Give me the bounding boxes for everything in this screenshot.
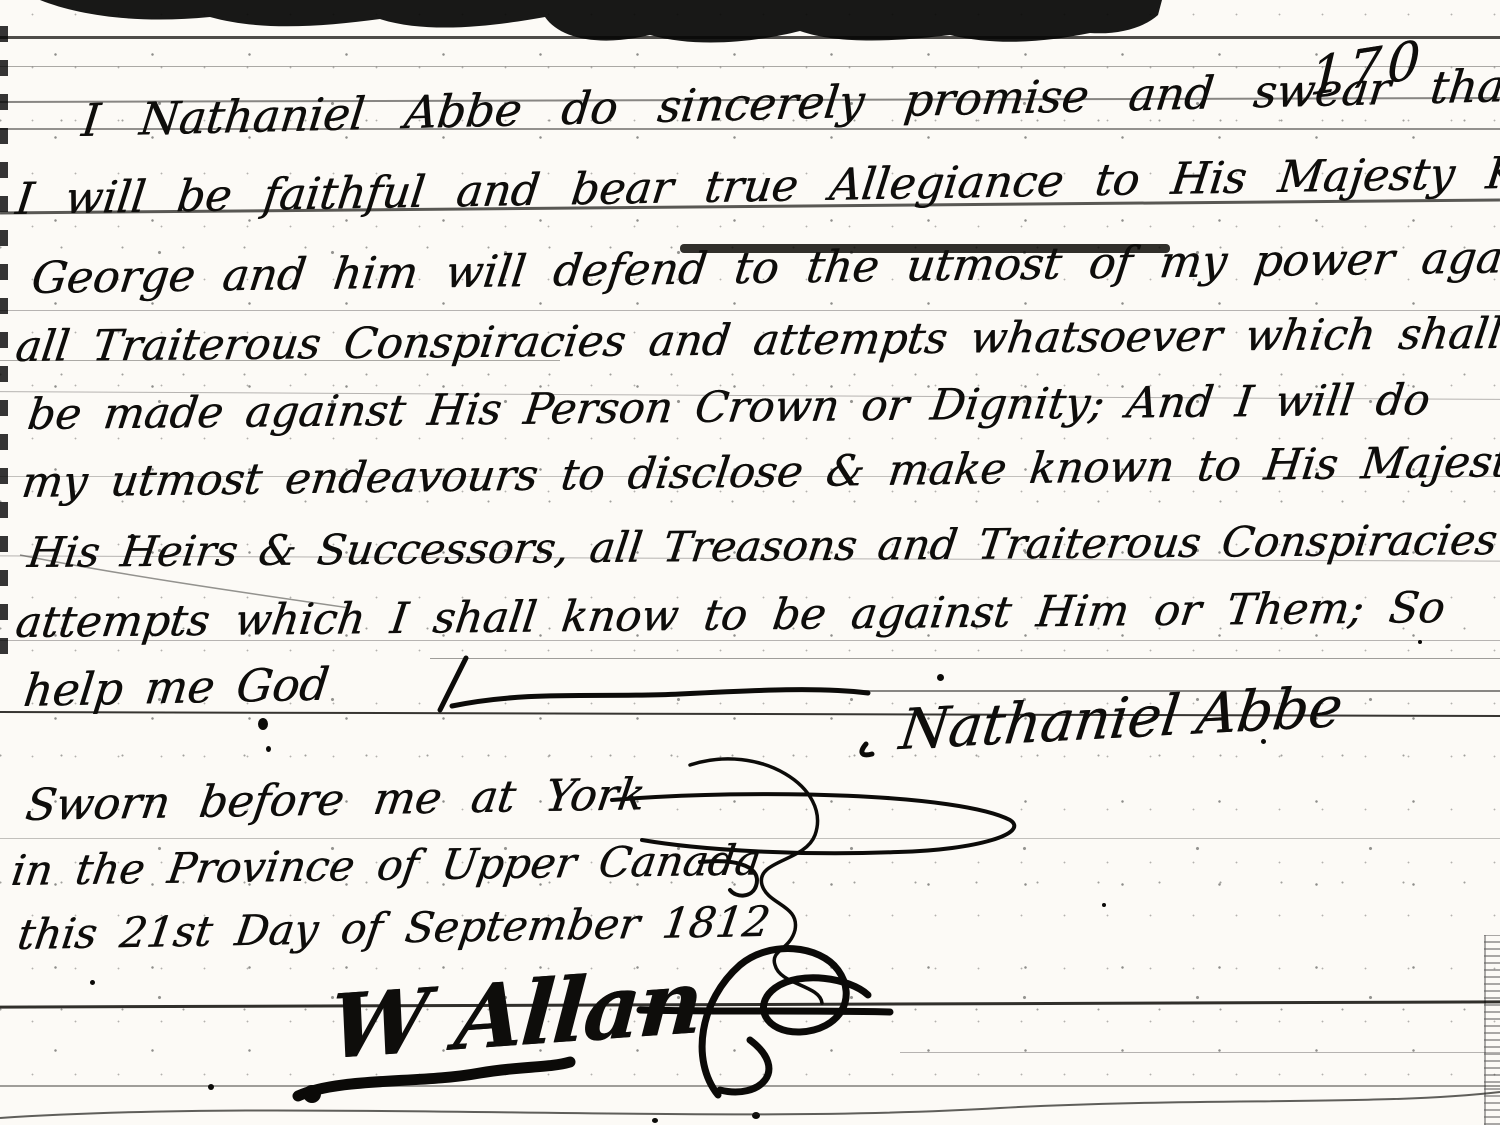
ink-spot — [1102, 903, 1106, 907]
official-signature: W Allan — [326, 949, 704, 1080]
ink-spot — [208, 1084, 214, 1090]
oath-line: be made against His Person Crown or Dign… — [25, 375, 1433, 440]
bottom-streak — [0, 1092, 1500, 1118]
scan-edge-noise-left — [0, 26, 8, 671]
ink-spot — [752, 1112, 760, 1119]
ink-spot — [1418, 640, 1422, 644]
ruled-line — [430, 658, 1500, 659]
ink-spot — [266, 746, 271, 752]
ink-spot — [90, 980, 95, 985]
signature-underline-blob — [303, 1085, 321, 1103]
ruled-line — [900, 1052, 1500, 1053]
ink-spot — [652, 1118, 658, 1123]
scan-edge-noise-top — [40, 0, 1162, 43]
attestation-line: this 21st Day of September 1812 — [15, 897, 773, 959]
ink-spot — [937, 674, 944, 681]
document-scan: 170 I Nathaniel Abbe do sincerely promis… — [0, 0, 1500, 1125]
oath-line: George and him will defend to the utmost… — [29, 231, 1500, 304]
oath-line: all Traiterous Conspiracies and attempts… — [13, 309, 1500, 372]
ruled-line — [0, 1000, 1500, 1008]
scan-edge-noise-right — [1484, 935, 1500, 1125]
signature-tick — [862, 744, 872, 755]
deponent-signature: Nathaniel Abbe — [896, 675, 1346, 764]
help-me-god-dash — [440, 658, 868, 710]
oath-line: His Heirs & Successors, all Treasons and… — [25, 514, 1500, 577]
oath-line: I Nathaniel Abbe do sincerely promise an… — [79, 59, 1500, 147]
oath-line: my utmost endeavours to disclose & make … — [19, 437, 1500, 508]
oath-line: attempts which I shall know to be agains… — [13, 583, 1448, 648]
attestation-line: Sworn before me at York — [22, 769, 648, 831]
oath-line: help me God — [21, 658, 332, 718]
attestation-line: in the Province of Upper Canada — [8, 835, 763, 895]
oath-line: I will be faithful and bear true Allegia… — [13, 146, 1500, 225]
ink-spot — [258, 718, 268, 730]
ruled-line — [0, 1085, 1500, 1087]
ruled-line — [0, 36, 1500, 39]
